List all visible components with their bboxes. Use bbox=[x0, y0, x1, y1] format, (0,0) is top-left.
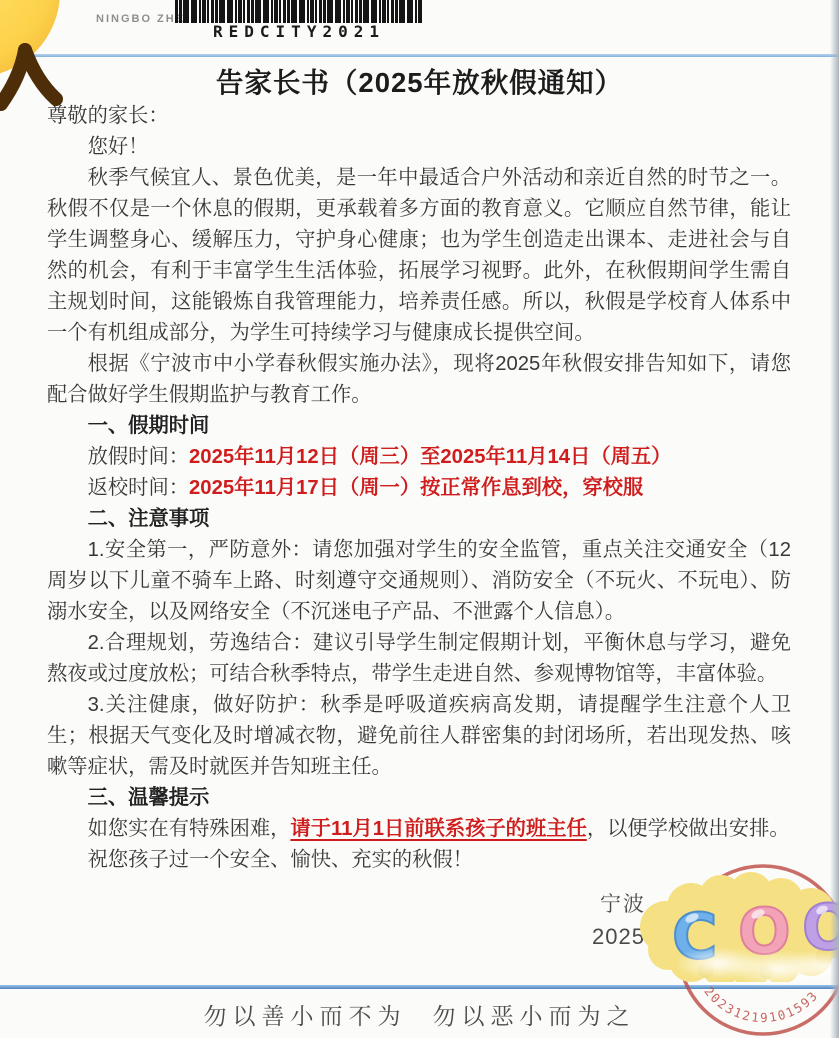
text-segment: 2025年11月17日（周一）按正常作息到校，穿校服 bbox=[189, 477, 643, 499]
laughing-emoji-icon bbox=[0, 0, 75, 112]
text-segment: 二、注意事项 bbox=[88, 508, 210, 530]
document-body: 尊敬的家长：您好！秋季气候宜人、景色优美，是一年中最适合户外活动和亲近自然的时节… bbox=[47, 101, 791, 876]
doc-paragraph: 1.安全第一，严防意外：请您加强对学生的安全监管，重点关注交通安全（12周岁以下… bbox=[47, 535, 791, 628]
top-divider-line bbox=[0, 54, 839, 57]
text-segment: 一、假期时间 bbox=[88, 415, 210, 437]
text-segment: 秋季气候宜人、景色优美，是一年中最适合户外活动和亲近自然的时节之一。秋假不仅是一… bbox=[47, 167, 791, 344]
translucent-watermark bbox=[678, 940, 839, 992]
doc-paragraph: 3.关注健康，做好防护：秋季是呼吸道疾病高发期，请提醒学生注意个人卫生；根据天气… bbox=[47, 690, 791, 783]
footer-motto: 勿以善小而不为 勿以恶小而为之 bbox=[0, 998, 839, 1031]
text-segment: ，以便学校做出安排。 bbox=[587, 818, 790, 840]
section-heading: 二、注意事项 bbox=[47, 504, 791, 535]
section-heading: 一、假期时间 bbox=[47, 411, 791, 442]
motto-left: 勿以善小而不为 bbox=[204, 998, 407, 1031]
text-segment: 2.合理规划，劳逸结合：建议引导学生制定假期计划，平衡休息与学习，避免熬夜或过度… bbox=[47, 632, 791, 685]
doc-paragraph: 秋季气候宜人、景色优美，是一年中最适合户外活动和亲近自然的时节之一。秋假不仅是一… bbox=[47, 163, 791, 349]
barcode bbox=[175, 0, 423, 23]
text-segment: 请于11月1日前联系孩子的班主任 bbox=[290, 818, 586, 840]
doc-paragraph: 放假时间：2025年11月12日（周三）至2025年11月14日（周五） bbox=[47, 442, 791, 473]
doc-paragraph: 尊敬的家长： bbox=[47, 101, 791, 132]
doc-paragraph: 根据《宁波市中小学春秋假实施办法》，现将2025年秋假安排告知如下，请您配合做好… bbox=[47, 349, 791, 411]
page-title: 告家长书（2025年放秋假通知） bbox=[0, 60, 839, 100]
barcode-label: REDCITY2021 bbox=[167, 22, 431, 41]
doc-paragraph: 您好！ bbox=[47, 132, 791, 163]
text-segment: 祝您孩子过一个安全、愉快、充实的秋假！ bbox=[88, 849, 473, 871]
right-edge-shadow bbox=[830, 0, 839, 1038]
doc-paragraph: 2.合理规划，劳逸结合：建议引导学生制定假期计划，平衡休息与学习，避免熬夜或过度… bbox=[47, 628, 791, 690]
section-heading: 三、温馨提示 bbox=[47, 783, 791, 814]
text-segment: 根据《宁波市中小学春秋假实施办法》，现将2025年秋假安排告知如下，请您配合做好… bbox=[47, 353, 791, 406]
doc-paragraph: 如您实在有特殊困难，请于11月1日前联系孩子的班主任，以便学校做出安排。 bbox=[47, 814, 791, 845]
text-segment: 2025年11月12日（周三）至2025年11月14日（周五） bbox=[189, 446, 671, 468]
motto-right: 勿以恶小而为之 bbox=[433, 998, 636, 1031]
text-segment: 您好！ bbox=[88, 136, 149, 158]
text-segment: 返校时间： bbox=[88, 477, 189, 499]
text-segment: 三、温馨提示 bbox=[88, 787, 210, 809]
text-segment: 放假时间： bbox=[88, 446, 189, 468]
text-segment: 1.安全第一，严防意外：请您加强对学生的安全监管，重点关注交通安全（12周岁以下… bbox=[47, 539, 791, 623]
text-segment: 3.关注健康，做好防护：秋季是呼吸道疾病高发期，请提醒学生注意个人卫生；根据天气… bbox=[47, 694, 791, 778]
notice-document: NINGBO ZHE REDCITY2021 告家长书（2025年放秋假通知） … bbox=[0, 0, 839, 1038]
doc-paragraph: 返校时间：2025年11月17日（周一）按正常作息到校，穿校服 bbox=[47, 473, 791, 504]
laughing-emoji-sticker bbox=[0, 0, 75, 112]
text-segment: 如您实在有特殊困难， bbox=[88, 818, 291, 840]
